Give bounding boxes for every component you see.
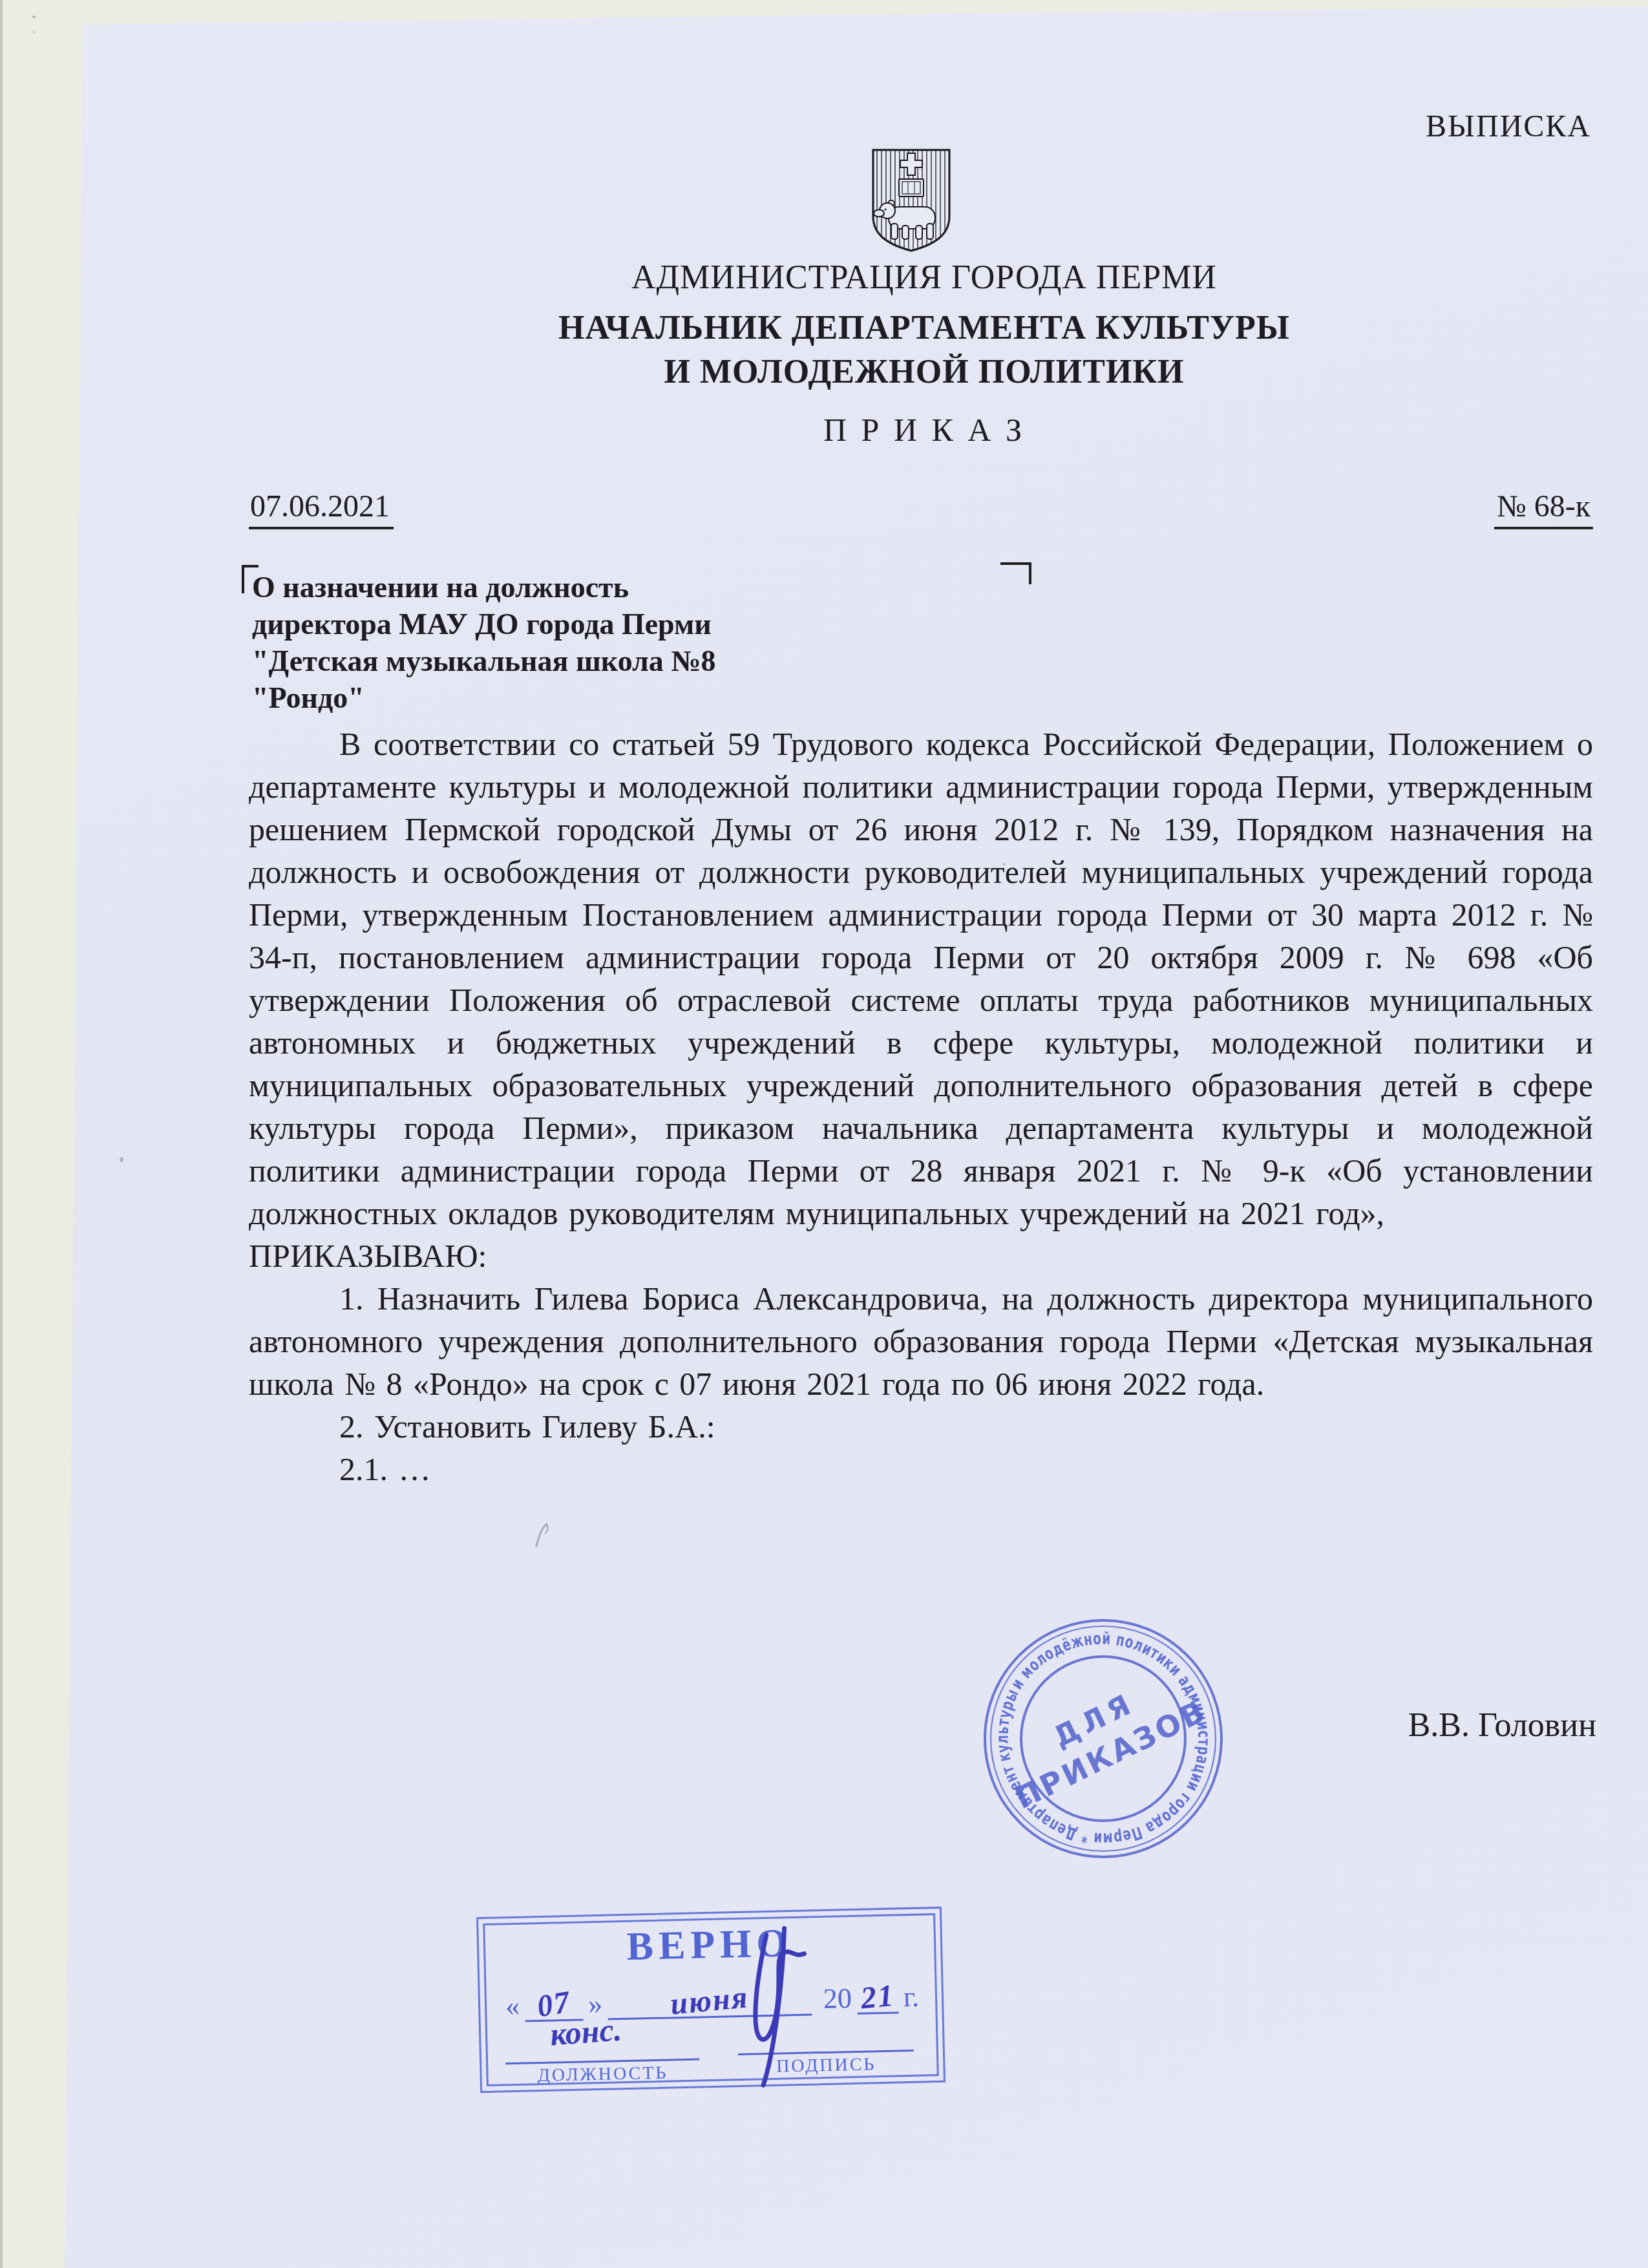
gospel-book-icon [899,179,924,196]
scan-speck [120,1157,123,1162]
scan-edge-line [0,0,3,2268]
subject-line: "Рондо" [252,679,1092,716]
scan-speck [32,16,36,18]
handwritten-signature [708,1871,843,2093]
subject-line: "Детская музыкальная школа №8 [252,642,1092,679]
verno-position-label: ДОЛЖНОСТЬ [505,2062,700,2087]
organization-name: АДМИНИСТРАЦИЯ ГОРОДА ПЕРМИ [246,259,1603,297]
preamble-paragraph: В соответствии со статьей 59 Трудового к… [249,723,1593,1235]
issuer-title-line2: И МОЛОДЕЖНОЙ ПОЛИТИКИ [246,353,1603,391]
verno-position-line [505,2039,699,2064]
paper-sheet: ВЫПИСКА [65,0,1648,2268]
document-number: № 68-к [1494,489,1593,529]
scanned-document-page: ВЫПИСКА [0,0,1648,2268]
order-item-2-1: 2.1. … [249,1448,1593,1490]
order-item-2: 2. Установить Гилеву Б.А.: [249,1405,1593,1448]
document-date: 07.06.2021 [249,489,394,529]
subject-block: О назначении на должность директора МАУ … [252,569,1092,716]
resolve-word: ПРИКАЗЫВАЮ: [249,1235,1593,1277]
pencil-mark [530,1519,556,1551]
copy-label: ВЫПИСКА [1426,109,1591,144]
subject-line: О назначении на должность [252,569,1092,606]
scan-speck [33,31,35,33]
perm-coat-of-arms-icon [869,147,953,255]
verno-year-slot: 21 [856,1976,898,2014]
issuer-title-line1: НАЧАЛЬНИК ДЕПАРТАМЕНТА КУЛЬТУРЫ [246,309,1603,347]
handwritten-year: 21 [859,1978,896,2017]
round-ink-stamp: и молодёжной политики администрации горо… [977,1613,1229,1865]
scan-speck [1003,863,1006,865]
order-body: В соответствии со статьей 59 Трудового к… [249,723,1593,1490]
signatory-name: В.В. Головин [1408,1706,1596,1744]
subject-line: директора МАУ ДО города Перми [252,606,1092,642]
verno-year-suffix: г. [898,1980,924,2014]
verno-certification-stamp: ВЕРНО « 07 » июня 20 21 г. конс. ДОЛЖНОС… [476,1907,945,2093]
verno-quote-open: « [500,1989,525,2023]
document-type-heading: П Р И К А З [246,411,1603,449]
order-item-1: 1. Назначить Гилева Бориса Александрович… [249,1277,1593,1405]
